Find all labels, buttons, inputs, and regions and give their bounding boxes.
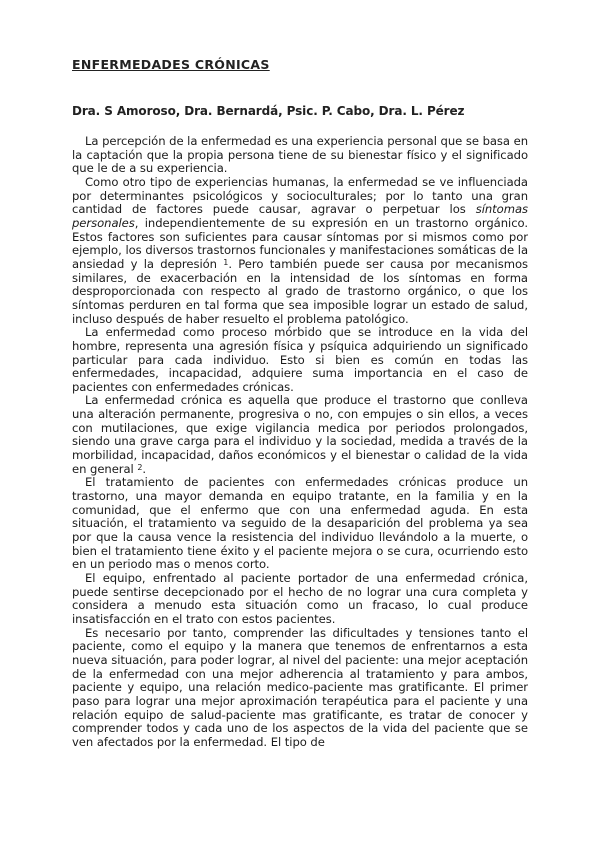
paragraph-understanding: Es necesario por tanto, comprender las d… xyxy=(72,627,528,750)
document-title: ENFERMEDADES CRÓNICAS xyxy=(72,56,528,74)
paragraph-treatment: El tratamiento de pacientes con enfermed… xyxy=(72,476,528,572)
paragraph-perception: La percepción de la enfermedad es una ex… xyxy=(72,135,528,176)
paragraph-chronic-definition: La enfermedad crónica es aquella que pro… xyxy=(72,394,528,476)
paragraph-experiences: Como otro tipo de experiencias humanas, … xyxy=(72,176,528,326)
document-body: La percepción de la enfermedad es una ex… xyxy=(72,135,528,750)
document-page: ENFERMEDADES CRÓNICAS Dra. S Amoroso, Dr… xyxy=(72,56,528,750)
paragraph-team: El equipo, enfrentado al paciente portad… xyxy=(72,572,528,627)
paragraph-text: . xyxy=(142,462,146,476)
paragraph-text: Como otro tipo de experiencias humanas, … xyxy=(72,175,528,216)
authors-line: Dra. S Amoroso, Dra. Bernardá, Psic. P. … xyxy=(72,103,528,119)
paragraph-morbid-process: La enfermedad como proceso mórbido que s… xyxy=(72,326,528,394)
